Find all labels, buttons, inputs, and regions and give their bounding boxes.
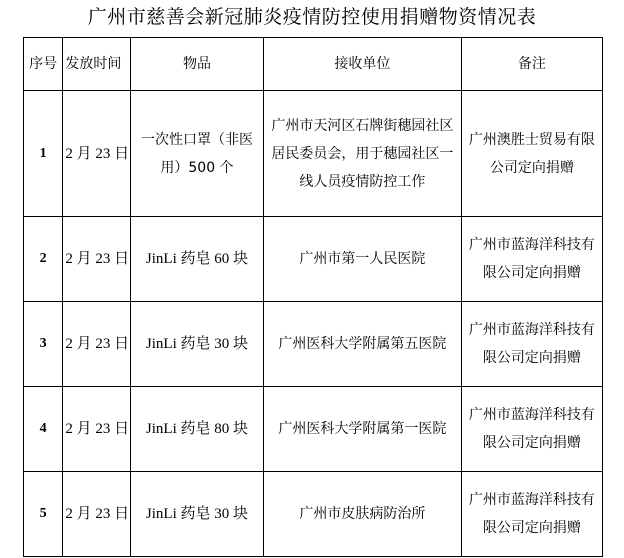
cell-date: 2 月 23 日 xyxy=(63,91,131,217)
cell-receiver: 广州市天河区石牌街穗园社区居民委员会，用于穗园社区一线人员疫情防控工作 xyxy=(264,91,462,217)
table-row: 4 2 月 23 日 JinLi 药皂 80 块 广州医科大学附属第一医院 广州… xyxy=(24,387,603,472)
cell-item-text: 一次性口罩（非医用）500 个 xyxy=(131,126,263,182)
cell-no: 3 xyxy=(24,302,63,387)
document-title: 广州市慈善会新冠肺炎疫情防控使用捐赠物资情况表 xyxy=(0,4,624,30)
cell-note: 广州澳胜士贸易有限公司定向捐赠 xyxy=(461,91,602,217)
cell-note: 广州市蓝海洋科技有限公司定向捐赠 xyxy=(461,387,602,472)
cell-date: 2 月 23 日 xyxy=(63,387,131,472)
cell-no: 5 xyxy=(24,472,63,557)
cell-item: JinLi 药皂 30 块 xyxy=(130,472,263,557)
cell-note-text: 广州市蓝海洋科技有限公司定向捐赠 xyxy=(462,316,602,372)
cell-note: 广州市蓝海洋科技有限公司定向捐赠 xyxy=(461,472,602,557)
cell-note: 广州市蓝海洋科技有限公司定向捐赠 xyxy=(461,217,602,302)
cell-note-text: 广州市蓝海洋科技有限公司定向捐赠 xyxy=(462,401,602,457)
cell-date: 2 月 23 日 xyxy=(63,302,131,387)
header-date: 发放时间 xyxy=(63,38,131,91)
cell-receiver: 广州医科大学附属第五医院 xyxy=(264,302,462,387)
donation-table: 序号 发放时间 物品 接收单位 备注 1 2 月 23 日 一次性口罩（非医用）… xyxy=(23,37,603,557)
cell-item: JinLi 药皂 80 块 xyxy=(130,387,263,472)
cell-receiver: 广州医科大学附属第一医院 xyxy=(264,387,462,472)
cell-date: 2 月 23 日 xyxy=(63,217,131,302)
table-header-row: 序号 发放时间 物品 接收单位 备注 xyxy=(24,38,603,91)
header-item: 物品 xyxy=(130,38,263,91)
cell-receiver: 广州市第一人民医院 xyxy=(264,217,462,302)
header-receiver: 接收单位 xyxy=(264,38,462,91)
table-row: 5 2 月 23 日 JinLi 药皂 30 块 广州市皮肤病防治所 广州市蓝海… xyxy=(24,472,603,557)
cell-receiver-text: 广州市天河区石牌街穗园社区居民委员会，用于穗园社区一线人员疫情防控工作 xyxy=(264,112,461,196)
cell-item: 一次性口罩（非医用）500 个 xyxy=(130,91,263,217)
header-note: 备注 xyxy=(461,38,602,91)
cell-date: 2 月 23 日 xyxy=(63,472,131,557)
cell-no: 2 xyxy=(24,217,63,302)
table-row: 1 2 月 23 日 一次性口罩（非医用）500 个 广州市天河区石牌街穗园社区… xyxy=(24,91,603,217)
cell-note-text: 广州市蓝海洋科技有限公司定向捐赠 xyxy=(462,231,602,287)
cell-no: 1 xyxy=(24,91,63,217)
cell-note-text: 广州澳胜士贸易有限公司定向捐赠 xyxy=(462,126,602,182)
cell-receiver: 广州市皮肤病防治所 xyxy=(264,472,462,557)
table-row: 2 2 月 23 日 JinLi 药皂 60 块 广州市第一人民医院 广州市蓝海… xyxy=(24,217,603,302)
cell-item: JinLi 药皂 30 块 xyxy=(130,302,263,387)
cell-no: 4 xyxy=(24,387,63,472)
header-no: 序号 xyxy=(24,38,63,91)
cell-item: JinLi 药皂 60 块 xyxy=(130,217,263,302)
table-row: 3 2 月 23 日 JinLi 药皂 30 块 广州医科大学附属第五医院 广州… xyxy=(24,302,603,387)
cell-note-text: 广州市蓝海洋科技有限公司定向捐赠 xyxy=(462,486,602,542)
cell-note: 广州市蓝海洋科技有限公司定向捐赠 xyxy=(461,302,602,387)
